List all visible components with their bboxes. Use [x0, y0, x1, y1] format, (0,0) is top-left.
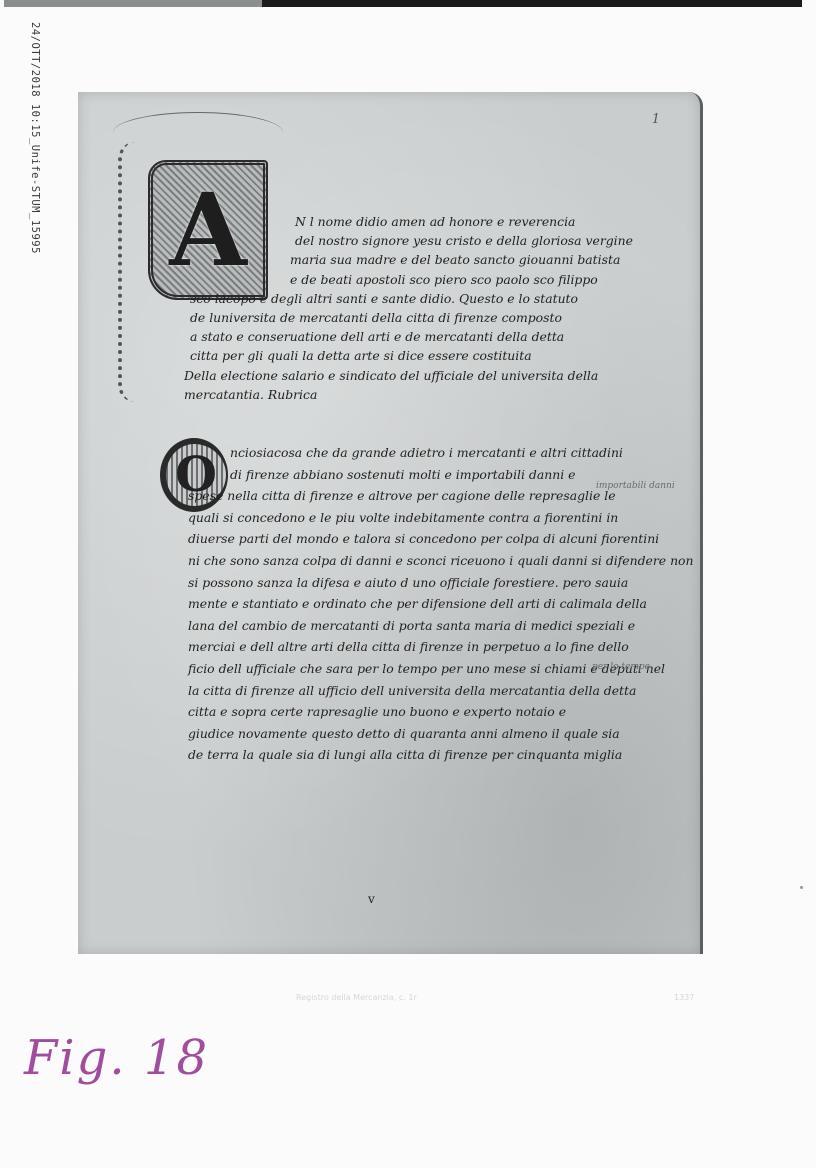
text-line: la citta di firenze all ufficio dell uni… [188, 680, 694, 702]
text-line: de terra la quale sia di lungi alla citt… [188, 744, 694, 766]
text-line: giudice novamente questo detto di quaran… [188, 723, 694, 745]
text-line: sco iacopo e degli altri santi e sante d… [190, 289, 633, 308]
text-line: e de beati apostoli sco piero sco paolo … [290, 270, 633, 289]
scan-timestamp-stamp: 24/OTT/2018 10:15_Unife-STUM_15995 [29, 22, 41, 254]
scan-speck [800, 886, 803, 889]
text-line: del nostro signore yesu cristo e della g… [295, 231, 633, 250]
faint-caption: Registro della Mercanzia, c. 1r [296, 993, 417, 1002]
text-line: citta e sopra certe rapresaglie uno buon… [188, 701, 694, 723]
text-line: de luniversita de mercatanti della citta… [190, 308, 633, 327]
text-line: a stato e conseruatione dell arti e de m… [190, 327, 633, 346]
scanner-edge-black [262, 0, 802, 7]
text-line: merciai e dell altre arti della citta di… [188, 636, 694, 658]
folio-number: 1 [652, 112, 660, 127]
text-line: diuerse parti del mondo e talora si conc… [188, 528, 694, 550]
text-line: quali si concedono e le piu volte indebi… [188, 507, 694, 529]
rubric-line: Della electione salario e sindicato del … [184, 366, 633, 385]
text-line: N l nome didio amen ad honore e reverenc… [295, 212, 633, 231]
manuscript-page: 1 A N l nome didio amen ad honore e reve… [78, 92, 703, 954]
handwritten-figure-label: Fig. 18 [24, 1030, 209, 1086]
rubric-line: mercatantia. Rubrica [184, 385, 633, 404]
ink-mark: v [368, 892, 375, 906]
text-line: nciosiacosa che da grande adietro i merc… [230, 442, 694, 464]
text-line: ni che sono sanza colpa di danni e sconc… [188, 550, 694, 572]
text-line: si possono sanza la difesa e aiuto d uno… [188, 572, 694, 594]
text-line: maria sua madre e del beato sancto gioua… [290, 250, 633, 269]
text-line: lana del cambio de mercatanti di porta s… [188, 615, 694, 637]
scanner-edge-gray [4, 0, 262, 7]
faint-page-number: 1337 [674, 993, 694, 1002]
margin-annotation: per lo tempo [592, 662, 650, 672]
text-line: citta per gli quali la detta arte si dic… [190, 346, 633, 365]
margin-annotation: importabili danni [596, 481, 675, 491]
initial-border-decoration [118, 142, 152, 402]
scanner-top-edge [0, 0, 816, 8]
text-line: mente e stantiato e ordinato che per dif… [188, 593, 694, 615]
opening-invocation-text: N l nome didio amen ad honore e reverenc… [190, 212, 633, 404]
